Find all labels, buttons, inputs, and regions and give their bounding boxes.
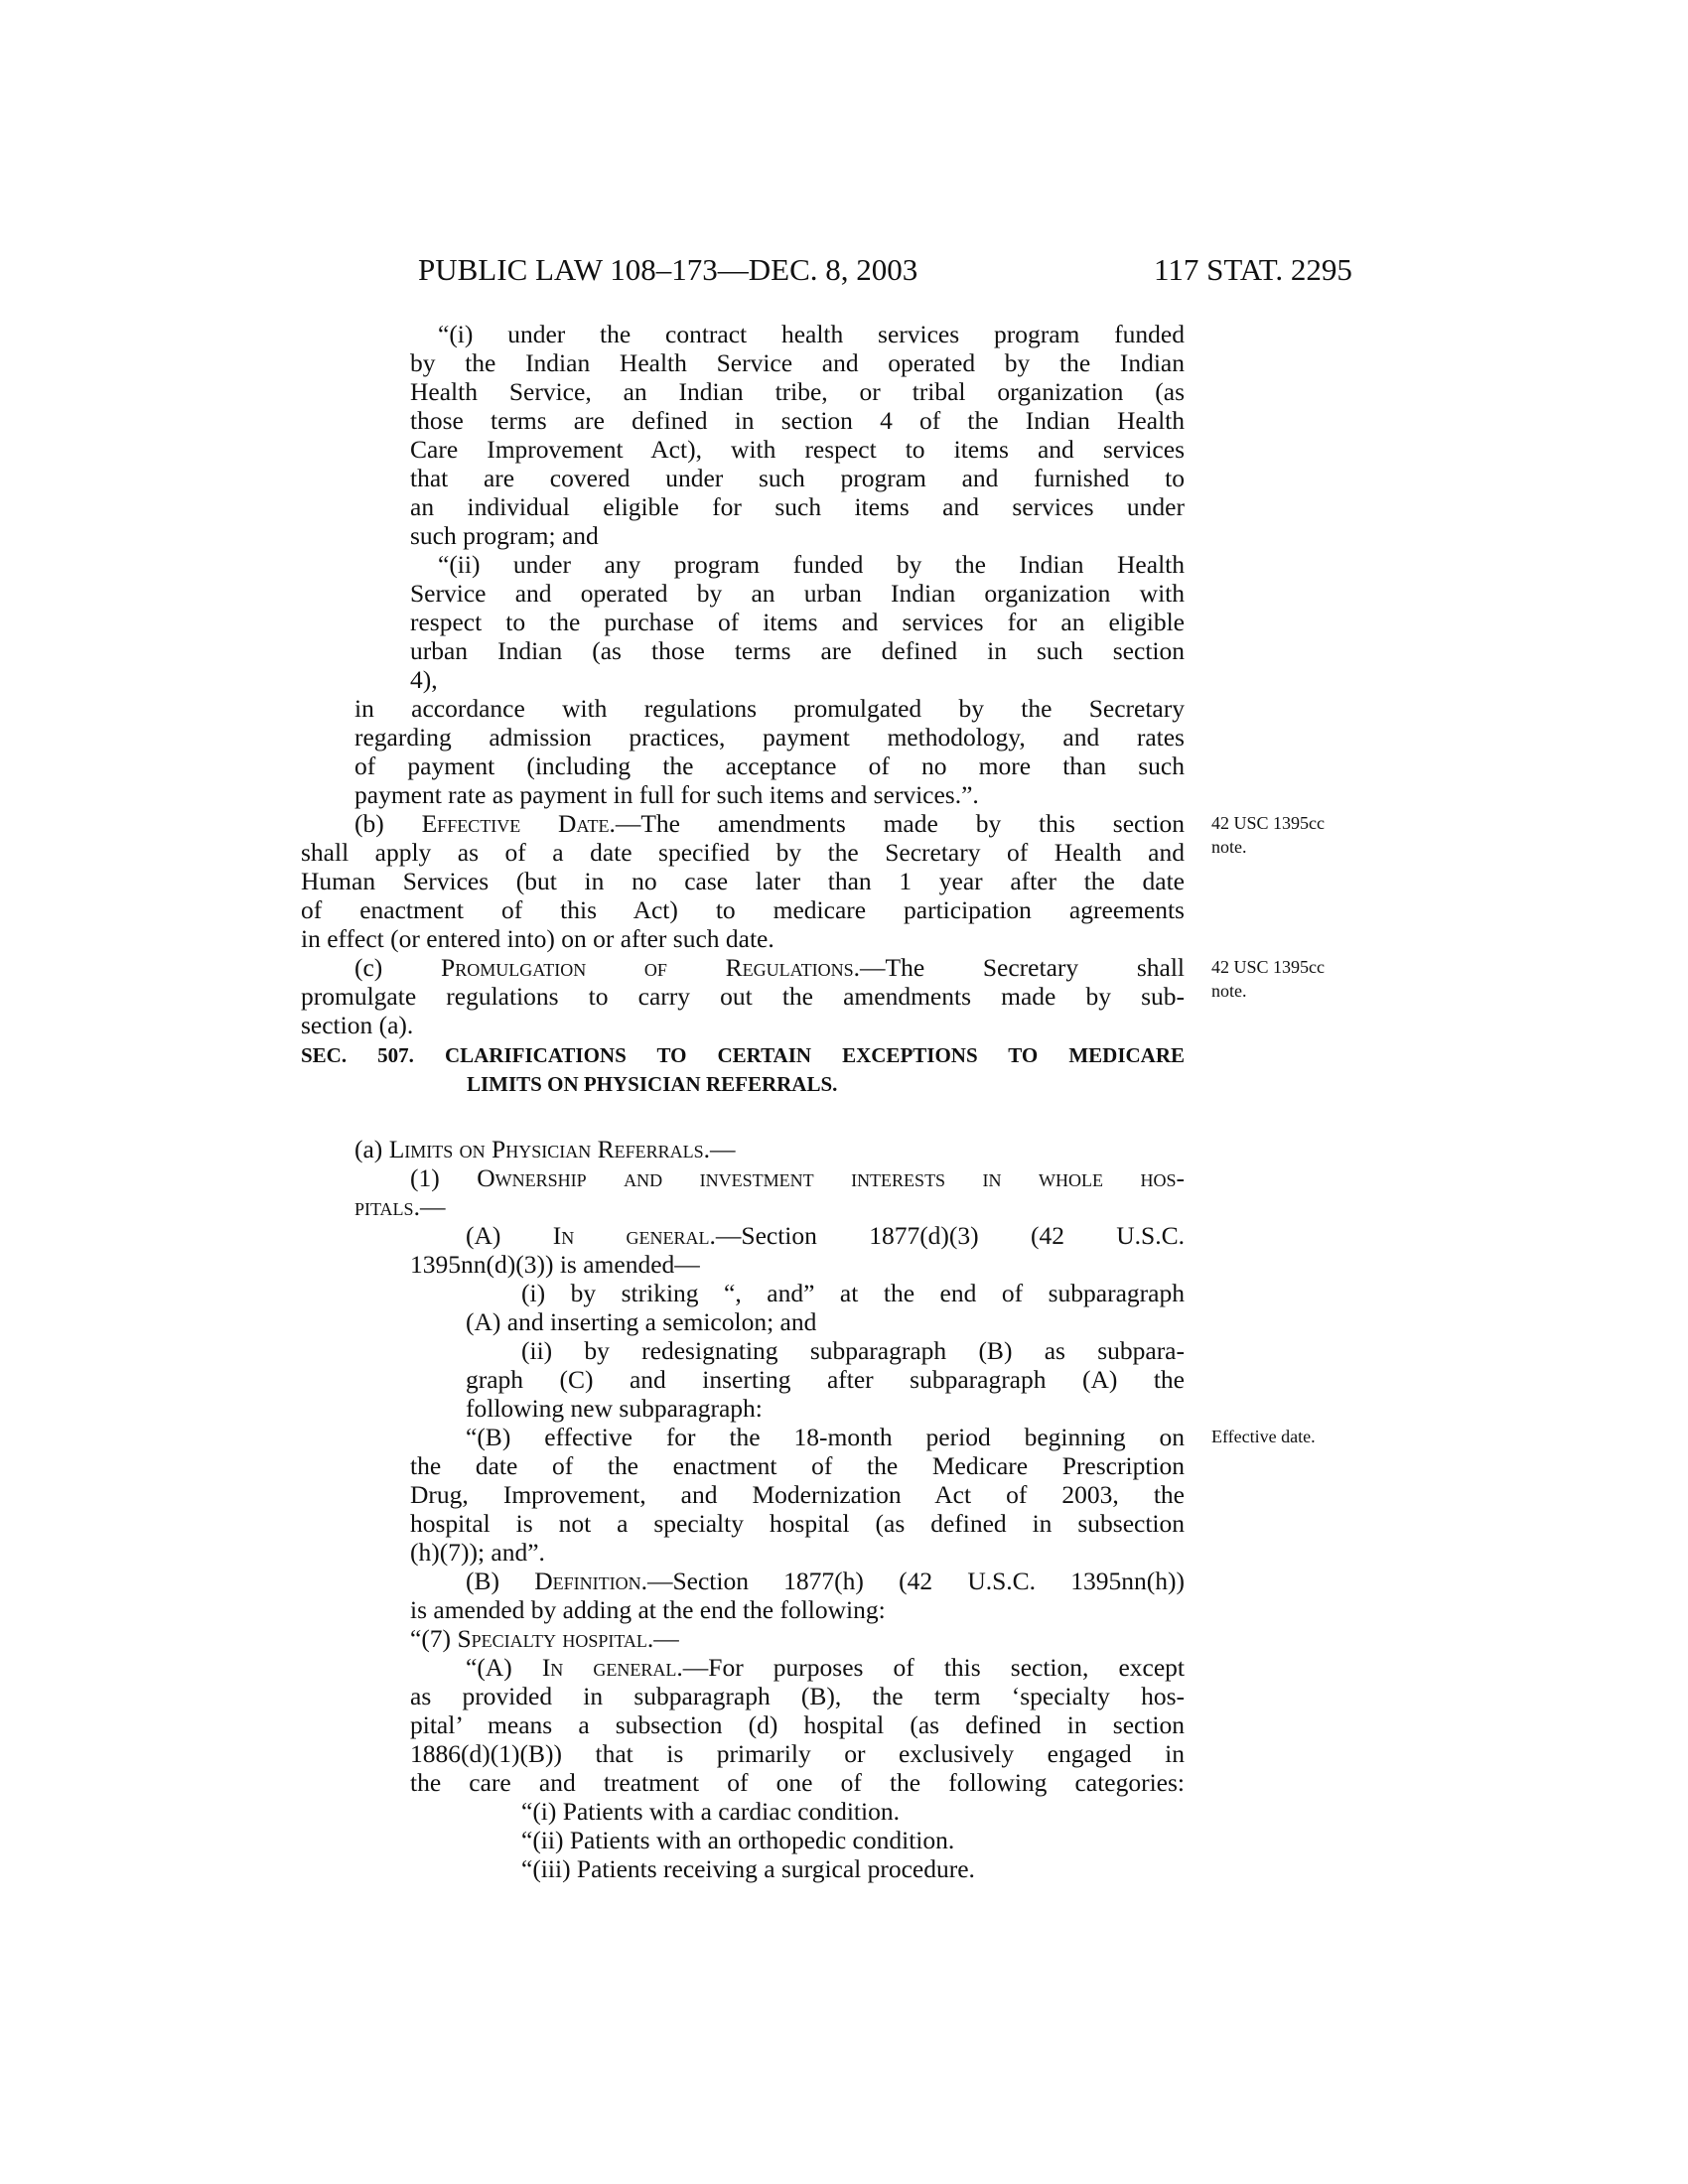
margin-note: Effective date.: [1211, 1426, 1316, 1447]
small-caps-heading: pitals: [354, 1192, 414, 1221]
text-line: pital’ means a subsection (d) hospital (…: [410, 1710, 1185, 1739]
text-line: hospital is not a specialty hospital (as…: [410, 1509, 1185, 1538]
small-caps-heading: Effective Date: [422, 809, 610, 838]
text-line: “(ii) under any program funded by the In…: [438, 550, 1185, 579]
text-line: Drug, Improvement, and Modernization Act…: [410, 1480, 1185, 1509]
text-line: shall apply as of a date specified by th…: [301, 838, 1185, 867]
text-line: urban Indian (as those terms are defined…: [410, 636, 1185, 665]
text-line: the date of the enactment of the Medicar…: [410, 1451, 1185, 1480]
text-line: “(i) under the contract health services …: [438, 320, 1185, 348]
text-line: payment rate as payment in full for such…: [354, 780, 1185, 809]
text-line: Human Services (but in no case later tha…: [301, 867, 1185, 895]
text-line: 1395nn(d)(3)) is amended—: [410, 1250, 1185, 1279]
text-line: 1886(d)(1)(B)) that is primarily or excl…: [410, 1739, 1185, 1768]
text-line: in effect (or entered into) on or after …: [301, 924, 1185, 953]
text-line: (B) Definition.—Section 1877(h) (42 U.S.…: [466, 1567, 1185, 1595]
text-line: Health Service, an Indian tribe, or trib…: [410, 377, 1185, 406]
text-line: (h)(7)); and”.: [410, 1538, 1185, 1567]
text-line: promulgate regulations to carry out the …: [301, 982, 1185, 1011]
text-line: “(iii) Patients receiving a surgical pro…: [521, 1854, 1185, 1883]
small-caps-heading: Limits on Physician Referrals: [389, 1135, 704, 1163]
running-header-page-number: 117 STAT. 2295: [1154, 252, 1352, 288]
text-line: “(i) Patients with a cardiac condition.: [521, 1797, 1185, 1826]
small-caps-heading: Ownership and investment interests in wh…: [477, 1163, 1176, 1192]
text-line: of payment (including the acceptance of …: [354, 751, 1185, 780]
text-line: (ii) by redesignating subparagraph (B) a…: [521, 1336, 1185, 1365]
text-line: (i) by striking “, and” at the end of su…: [521, 1279, 1185, 1307]
text-line: is amended by adding at the end the foll…: [410, 1595, 1185, 1624]
text-line: “(7) Specialty hospital.—: [410, 1624, 1185, 1653]
text-line: section (a).: [301, 1011, 1185, 1039]
small-caps-heading: Specialty hospital: [457, 1624, 646, 1653]
text-line: 4),: [410, 665, 1185, 694]
text-line: (a) Limits on Physician Referrals.—: [354, 1135, 1185, 1163]
small-caps-heading: In general: [553, 1221, 710, 1250]
small-caps-heading: Promulgation of Regulations: [441, 953, 854, 982]
text-line: Service and operated by an urban Indian …: [410, 579, 1185, 608]
text-line: that are covered under such program and …: [410, 464, 1185, 492]
margin-note: 42 USC 1395cc: [1211, 956, 1325, 978]
running-header-title: PUBLIC LAW 108–173—DEC. 8, 2003: [418, 252, 917, 288]
margin-note: note.: [1211, 980, 1247, 1002]
text-line: Care Improvement Act), with respect to i…: [410, 435, 1185, 464]
text-line: of enactment of this Act) to medicare pa…: [301, 895, 1185, 924]
section-heading-line-1: SEC. 507. CLARIFICATIONS TO CERTAIN EXCE…: [301, 1041, 1185, 1070]
text-line: an individual eligible for such items an…: [410, 492, 1185, 521]
text-line: as provided in subparagraph (B), the ter…: [410, 1682, 1185, 1710]
text-line: “(ii) Patients with an orthopedic condit…: [521, 1826, 1185, 1854]
text-line: pitals.—: [354, 1192, 1185, 1221]
margin-note: note.: [1211, 836, 1247, 858]
margin-note: 42 USC 1395cc: [1211, 812, 1325, 834]
text-line: (A) and inserting a semicolon; and: [466, 1307, 1185, 1336]
text-line: (A) In general.—Section 1877(d)(3) (42 U…: [466, 1221, 1185, 1250]
text-line: graph (C) and inserting after subparagra…: [466, 1365, 1185, 1394]
text-line: (1) Ownership and investment interests i…: [410, 1163, 1185, 1192]
text-line: regarding admission practices, payment m…: [354, 723, 1185, 751]
text-line: respect to the purchase of items and ser…: [410, 608, 1185, 636]
small-caps-heading: In general: [542, 1653, 677, 1682]
text-line: those terms are defined in section 4 of …: [410, 406, 1185, 435]
text-line: (c) Promulgation of Regulations.—The Sec…: [354, 953, 1185, 982]
section-heading-line-2: LIMITS ON PHYSICIAN REFERRALS.: [467, 1070, 837, 1099]
text-line: such program; and: [410, 521, 1185, 550]
text-line: following new subparagraph:: [466, 1394, 1185, 1423]
text-line: “(B) effective for the 18-month period b…: [466, 1423, 1185, 1451]
text-line: the care and treatment of one of the fol…: [410, 1768, 1185, 1797]
text-line: by the Indian Health Service and operate…: [410, 348, 1185, 377]
text-line: in accordance with regulations promulgat…: [354, 694, 1185, 723]
text-line: “(A) In general.—For purposes of this se…: [466, 1653, 1185, 1682]
small-caps-heading: Definition: [534, 1567, 640, 1595]
text-line: (b) Effective Date.—The amendments made …: [354, 809, 1185, 838]
